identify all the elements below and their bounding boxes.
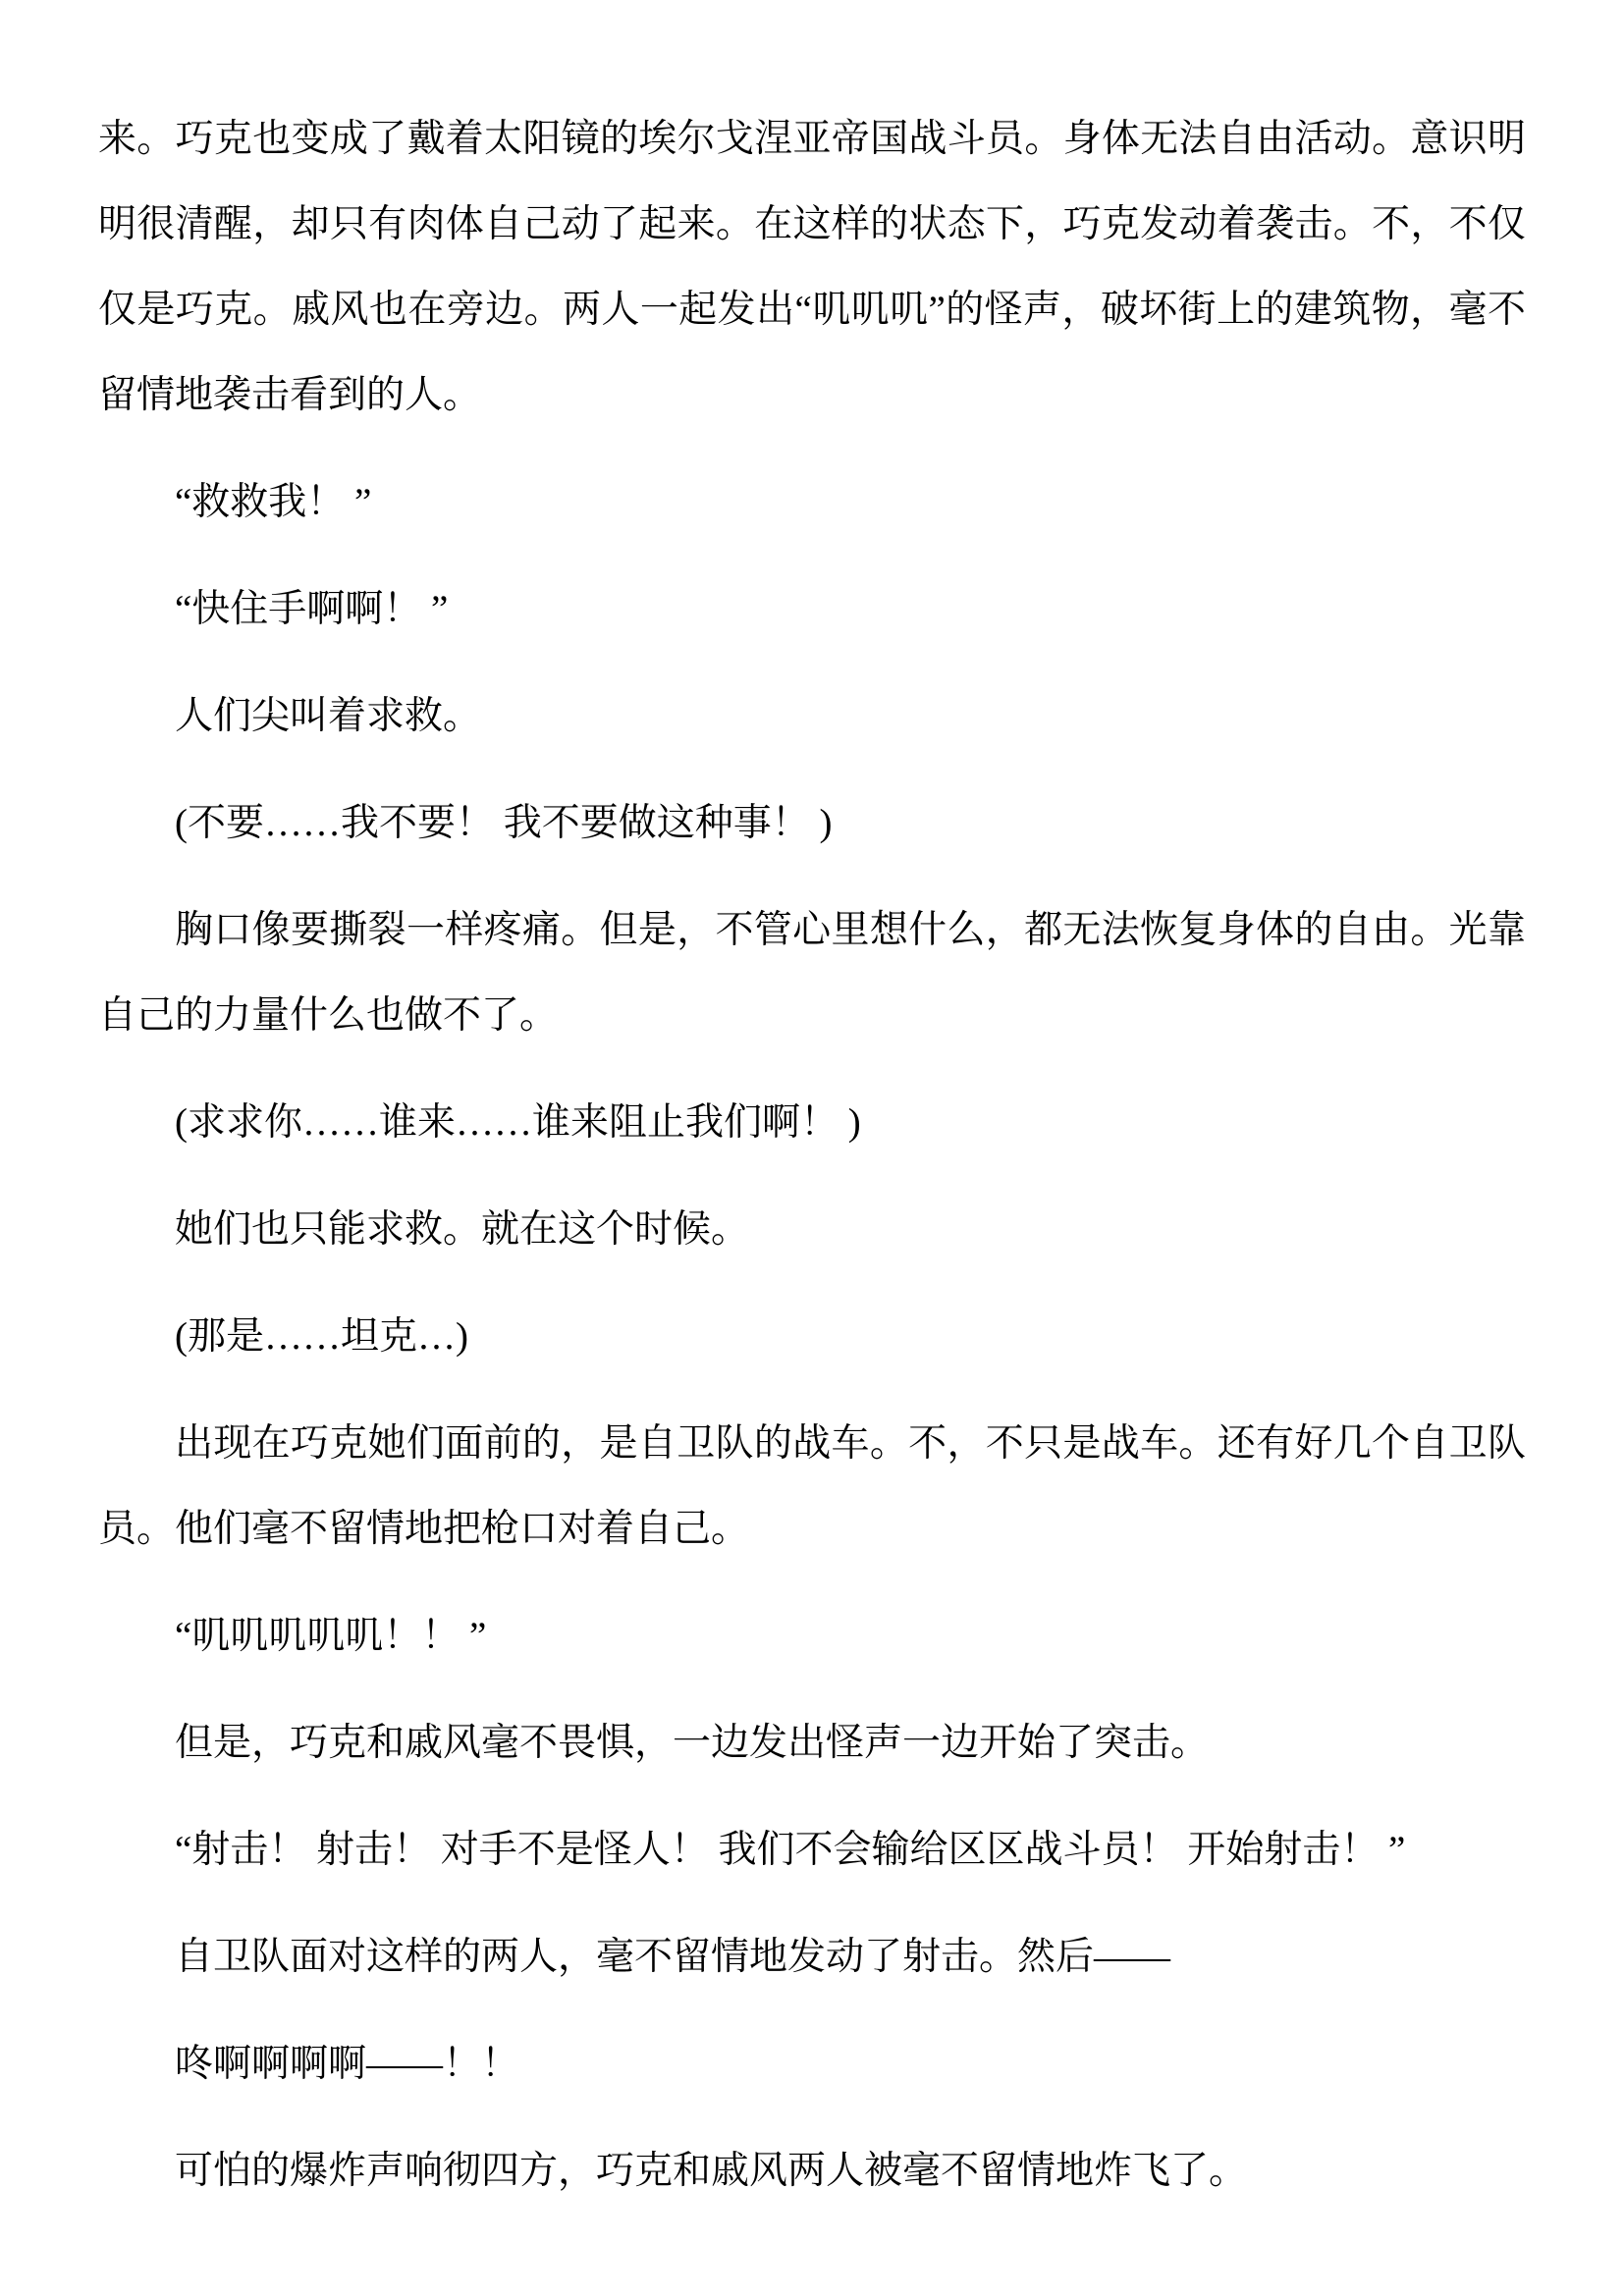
dialogue-paragraph: “快住手啊啊！ ” <box>98 566 1526 652</box>
paragraph: 自卫队面对这样的两人，毫不留情地发动了射击。然后—— <box>98 1914 1526 2000</box>
paragraph: 来。巧克也变成了戴着太阳镜的埃尔戈涅亚帝国战斗员。身体无法自由活动。意识明明很清… <box>98 96 1526 438</box>
paragraph: 人们尖叫着求救。 <box>98 673 1526 759</box>
paragraph: 她们也只能求救。就在这个时候。 <box>98 1187 1526 1272</box>
paragraph: 咚啊啊啊啊——！！ <box>98 2021 1526 2107</box>
thought-paragraph: (那是……坦克…) <box>98 1294 1526 1379</box>
thought-paragraph: (不要……我不要！ 我不要做这种事！ ) <box>98 780 1526 866</box>
paragraph: 出现在巧克她们面前的，是自卫队的战车。不，不只是战车。还有好几个自卫队员。他们毫… <box>98 1401 1526 1572</box>
thought-paragraph: (求求你……谁来……谁来阻止我们啊！ ) <box>98 1080 1526 1165</box>
paragraph: 胸口像要撕裂一样疼痛。但是，不管心里想什么，都无法恢复身体的自由。光靠自己的力量… <box>98 887 1526 1058</box>
dialogue-paragraph: “叽叽叽叽叽！！ ” <box>98 1593 1526 1679</box>
paragraph: 可怕的爆炸声响彻四方，巧克和戚风两人被毫不留情地炸飞了。 <box>98 2128 1526 2214</box>
dialogue-paragraph: “射击！ 射击！ 对手不是怪人！ 我们不会输给区区战斗员！ 开始射击！ ” <box>98 1807 1526 1893</box>
paragraph: 但是，巧克和戚风毫不畏惧，一边发出怪声一边开始了突击。 <box>98 1700 1526 1786</box>
dialogue-paragraph: “救救我！ ” <box>98 459 1526 545</box>
document-page: 来。巧克也变成了戴着太阳镜的埃尔戈涅亚帝国战斗员。身体无法自由活动。意识明明很清… <box>0 0 1624 2296</box>
